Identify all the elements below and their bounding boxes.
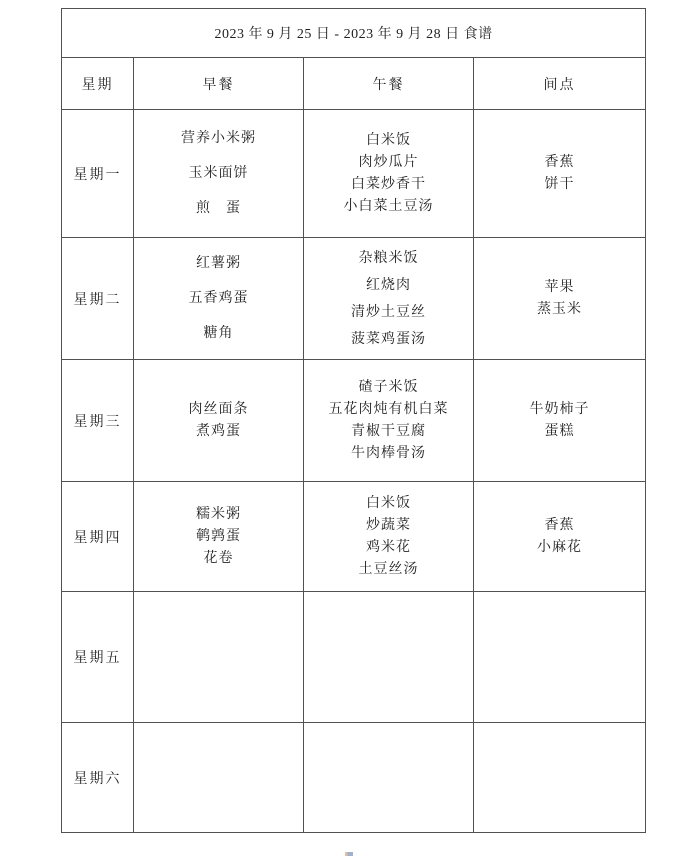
header-snack: 间点 [474,58,646,110]
breakfast-cell: 肉丝面条 煮鸡蛋 [134,360,304,482]
lunch-cell [304,723,474,833]
header-row: 星期 早餐 午餐 间点 [62,58,646,110]
snack-cell: 香蕉 小麻花 [474,482,646,592]
breakfast-cell [134,723,304,833]
table-row-thursday: 星期四 糯米粥 鹌鹑蛋 花卷 白米饭 炒蔬菜 鸡米花 土豆丝汤 香蕉 小麻花 [62,482,646,592]
snack-cell: 牛奶柿子 蛋糕 [474,360,646,482]
title-row: 2023 年 9 月 25 日 - 2023 年 9 月 28 日 食谱 [62,9,646,58]
lunch-cell: 白米饭 炒蔬菜 鸡米花 土豆丝汤 [304,482,474,592]
header-day: 星期 [62,58,134,110]
day-label: 星期四 [62,482,134,592]
day-label: 星期六 [62,723,134,833]
header-lunch: 午餐 [304,58,474,110]
day-label: 星期一 [62,110,134,238]
lunch-cell: 杂粮米饭 红烧肉 清炒土豆丝 菠菜鸡蛋汤 [304,238,474,360]
lunch-cell [304,592,474,723]
breakfast-cell: 营养小米粥 玉米面饼 煎 蛋 [134,110,304,238]
page-footer-mark [345,852,353,856]
breakfast-cell: 糯米粥 鹌鹑蛋 花卷 [134,482,304,592]
day-label: 星期二 [62,238,134,360]
lunch-cell: 碴子米饭 五花肉炖有机白菜 青椒干豆腐 牛肉棒骨汤 [304,360,474,482]
snack-cell: 香蕉 饼干 [474,110,646,238]
menu-table: 2023 年 9 月 25 日 - 2023 年 9 月 28 日 食谱 星期 … [61,8,646,833]
table-row-saturday: 星期六 [62,723,646,833]
day-label: 星期五 [62,592,134,723]
table-row-wednesday: 星期三 肉丝面条 煮鸡蛋 碴子米饭 五花肉炖有机白菜 青椒干豆腐 牛肉棒骨汤 牛… [62,360,646,482]
table-row-monday: 星期一 营养小米粥 玉米面饼 煎 蛋 白米饭 肉炒瓜片 白菜炒香干 小白菜土豆汤… [62,110,646,238]
snack-cell [474,592,646,723]
table-row-tuesday: 星期二 红薯粥 五香鸡蛋 糖角 杂粮米饭 红烧肉 清炒土豆丝 菠菜鸡蛋汤 苹果 … [62,238,646,360]
table-row-friday: 星期五 [62,592,646,723]
page-title: 2023 年 9 月 25 日 - 2023 年 9 月 28 日 食谱 [62,9,646,58]
header-breakfast: 早餐 [134,58,304,110]
breakfast-cell [134,592,304,723]
day-label: 星期三 [62,360,134,482]
breakfast-cell: 红薯粥 五香鸡蛋 糖角 [134,238,304,360]
snack-cell: 苹果 蒸玉米 [474,238,646,360]
snack-cell [474,723,646,833]
lunch-cell: 白米饭 肉炒瓜片 白菜炒香干 小白菜土豆汤 [304,110,474,238]
